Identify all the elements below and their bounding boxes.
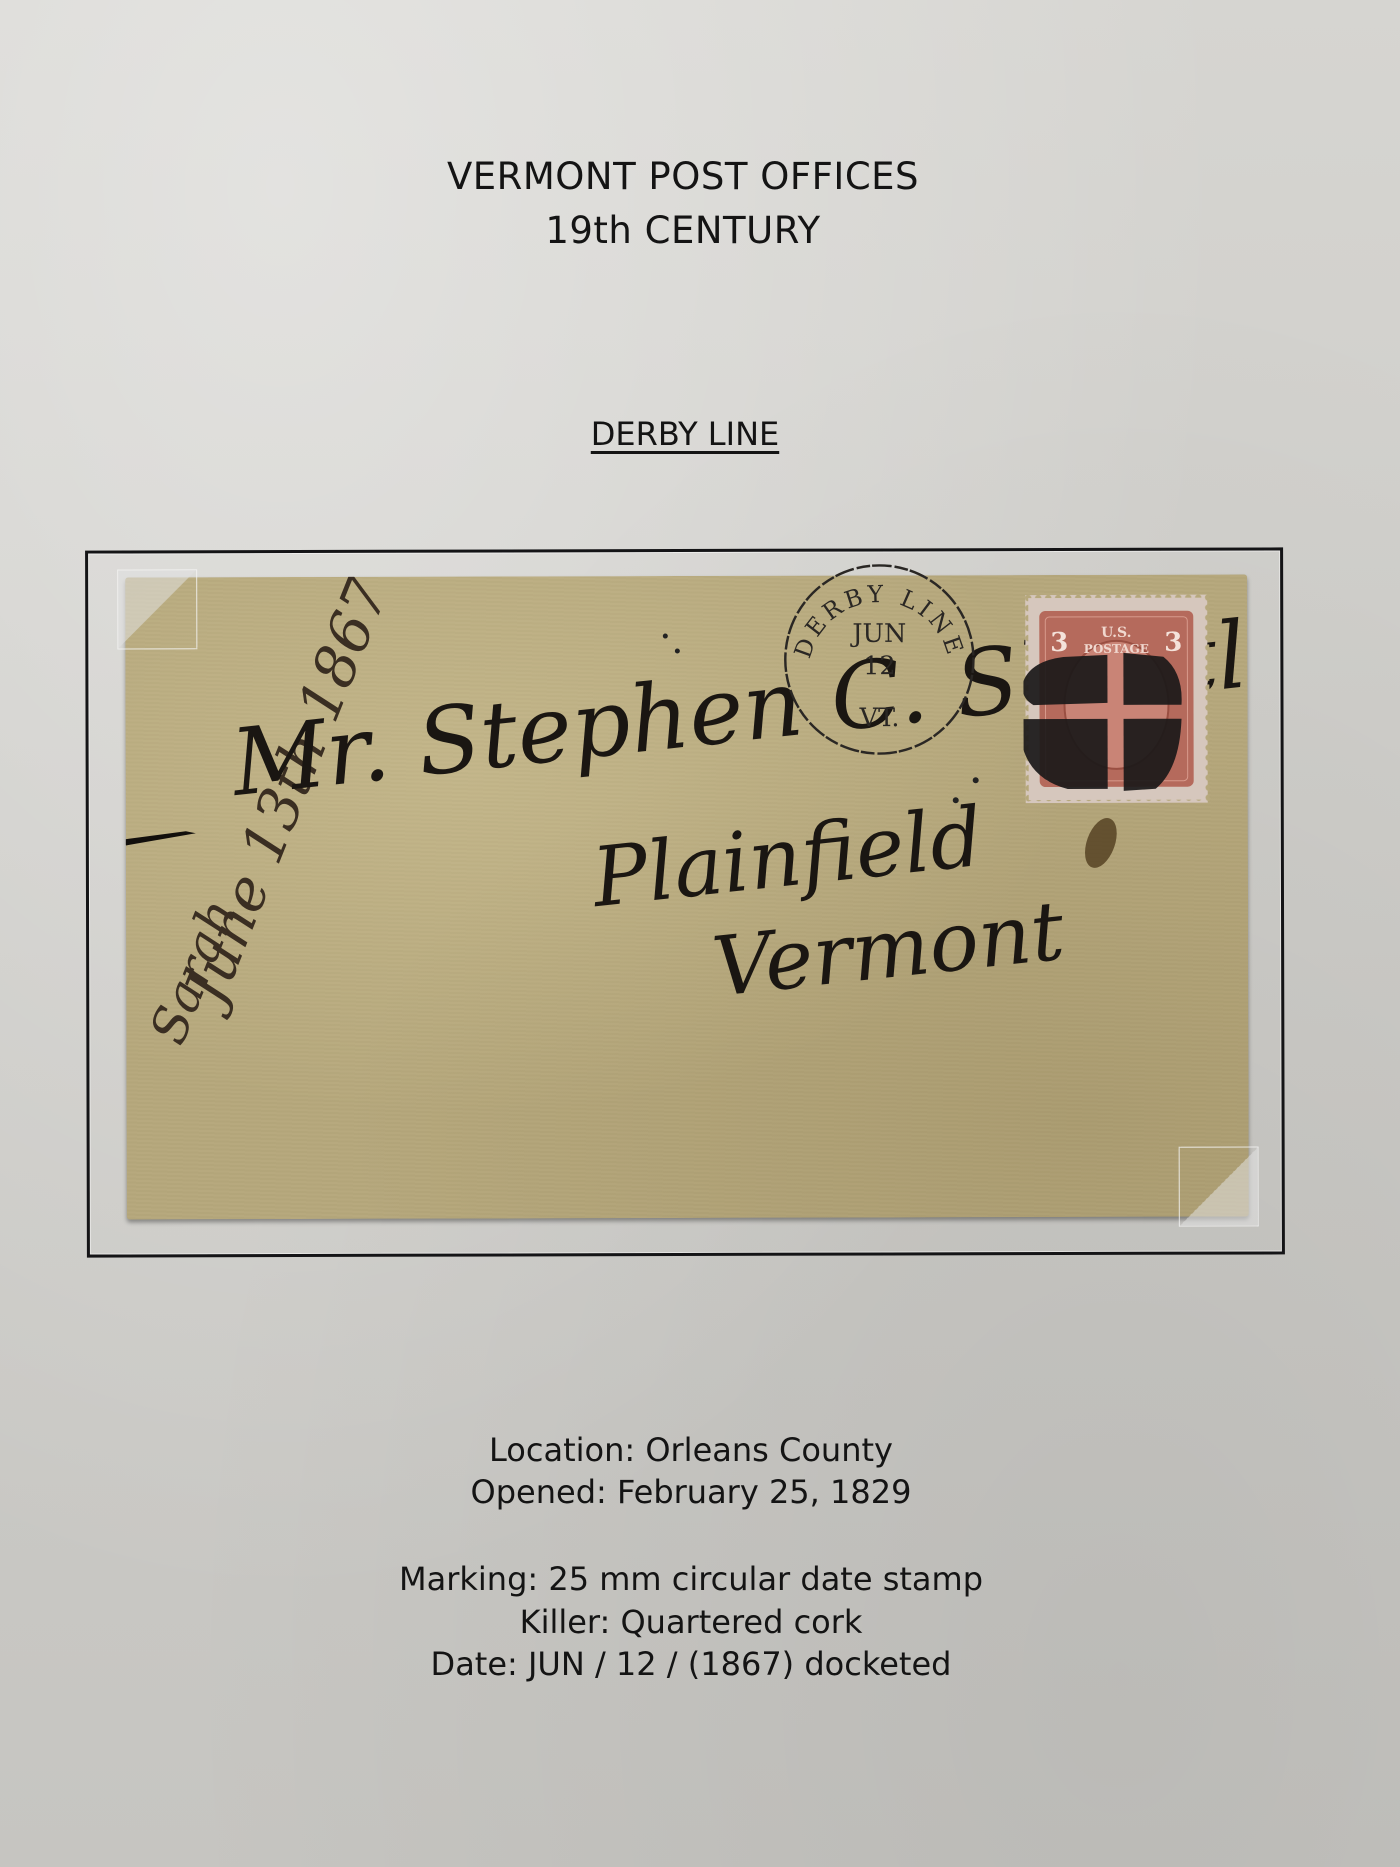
circular-date-stamp: DERBY LINE JUN 12 VT. [781, 561, 978, 758]
stamp-denomination: 3 [1050, 628, 1068, 658]
stamp-label: POSTAGE [1084, 642, 1149, 656]
detail-date: Date: JUN / 12 / (1867) docketed [0, 1648, 1382, 1680]
quartered-cork-cancel [1023, 653, 1182, 791]
detail-killer: Killer: Quartered cork [0, 1606, 1382, 1638]
detail-location: Location: Orleans County [0, 1434, 1382, 1466]
postmark-day: 12 [863, 651, 896, 681]
post-office-heading: DERBY LINE [0, 418, 1370, 450]
postal-cover: June 13th 1867 Sarah Mr. Stephen C. Shur… [125, 575, 1249, 1220]
postmark-state: VT. [859, 703, 900, 733]
detail-marking: Marking: 25 mm circular date stamp [0, 1563, 1382, 1595]
page-title-line-2: 19th CENTURY [0, 212, 1366, 249]
page-title-line-1: VERMONT POST OFFICES [0, 158, 1366, 195]
three-cent-stamp: U.S. POSTAGE 3 3 [1023, 593, 1210, 805]
stamp-country: U.S. [1101, 625, 1131, 641]
post-office-name: DERBY LINE [591, 415, 779, 453]
album-page: VERMONT POST OFFICES 19th CENTURY DERBY … [0, 0, 1400, 1867]
postmark-month: JUN [849, 619, 906, 649]
detail-opened: Opened: February 25, 1829 [0, 1476, 1382, 1508]
svg-text:3: 3 [1164, 628, 1182, 658]
